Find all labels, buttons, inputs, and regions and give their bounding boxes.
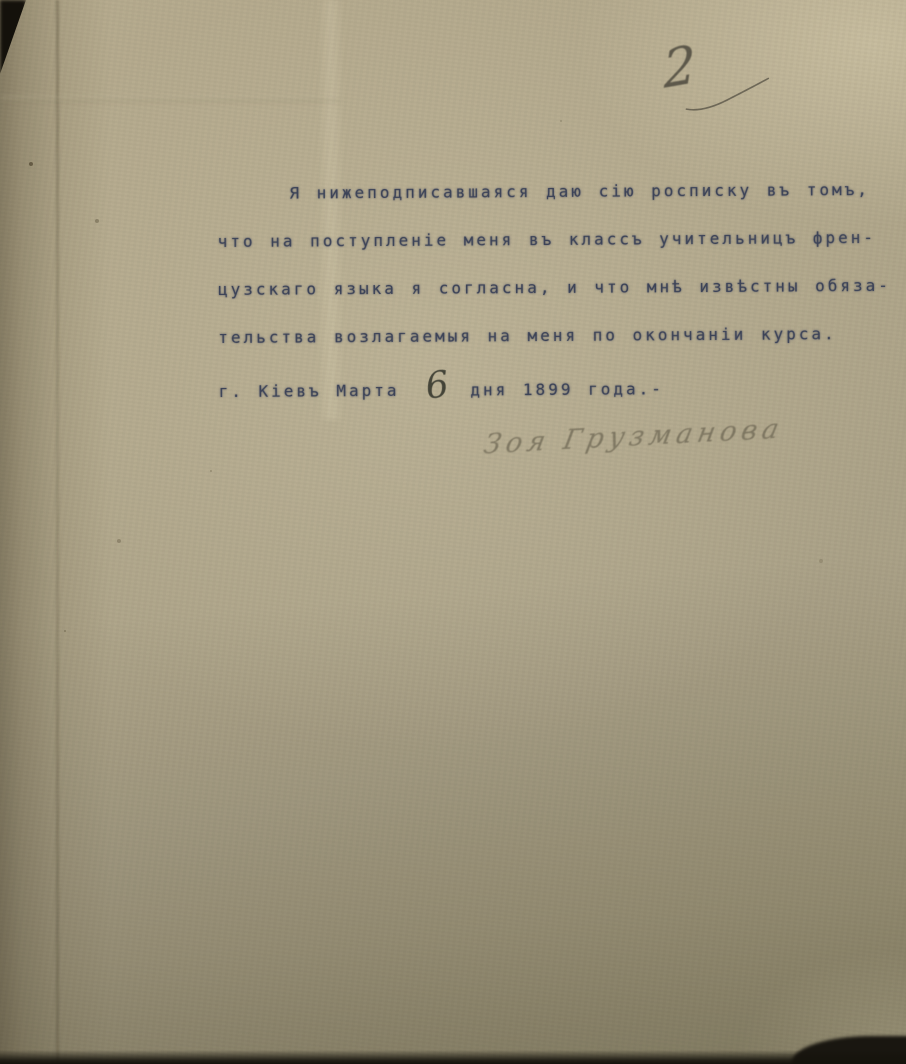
photo-grain-overlay xyxy=(0,0,906,1064)
document-photo: 2 Я нижеподписавшаяся даю сію росписку в… xyxy=(0,0,906,1064)
